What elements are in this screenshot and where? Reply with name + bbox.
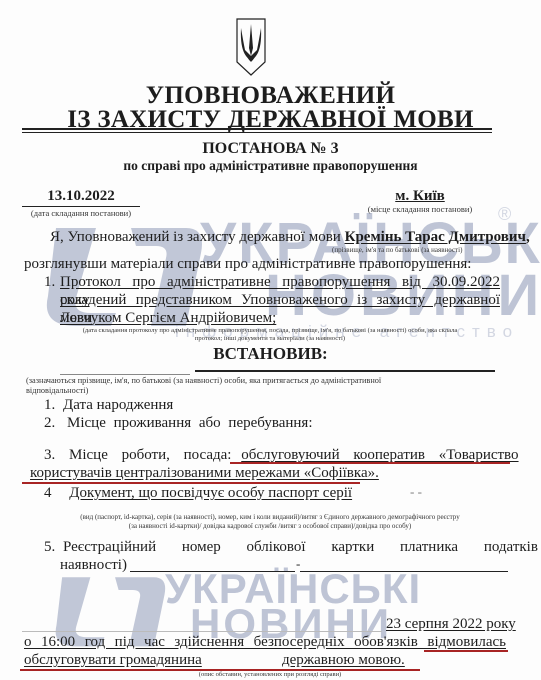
item-2: 2. Місце проживання або перебування: (44, 414, 313, 432)
established-heading: ВСТАНОВИВ: (0, 344, 541, 364)
document-caption-line1: (вид (паспорт, id-картка), серія (за ная… (30, 513, 510, 521)
person-name-line (195, 370, 495, 372)
materials-item-number: 1. (44, 273, 55, 291)
item-4: 4 Документ, що посвідчує особу паспорт с… (44, 484, 352, 502)
commissioner-name: Кремінь Тарас Дмитрович (345, 229, 526, 245)
item-5-text-line1: Реєстраційний номер облікової картки пла… (63, 539, 541, 555)
watermark-brand-line1-bottom: УКРАЇНСЬКІ (165, 565, 421, 613)
highlight-underline-item-3-a (230, 462, 510, 464)
decision-date: 13.10.2022 (22, 188, 140, 205)
item-1: 1. Дата народження (44, 396, 173, 414)
document-caption-line2: (за наявності id-картки)/ довідка кадров… (30, 522, 510, 530)
trident-coat-of-arms-icon (236, 18, 266, 76)
item-3-value-line1: обслуговуючий кооператив «Товариство (241, 447, 518, 463)
date-caption: (дата складання постанови) (22, 208, 140, 218)
item-2-number: 2. (44, 415, 55, 431)
item-5-number: 5. (44, 539, 55, 555)
intro-prefix: Я, Уповноважений із захисту державної мо… (50, 229, 341, 245)
highlight-underline-circ-a (424, 650, 508, 652)
item-3-label: Місце роботи, посада: (69, 447, 231, 463)
item-5-text-line2: наявності) (60, 556, 127, 574)
person-name-line-faint (60, 374, 190, 375)
header-divider-thin (22, 132, 492, 133)
person-caption-line2: відповідальності) (26, 386, 88, 395)
commissioner-name-caption: (прізвище, ім'я та по батькові (за наявн… (332, 246, 462, 254)
materials-caption-line2: протокол; інші документи та матеріали (з… (20, 335, 520, 342)
considered-line: розглянувши матеріали справи про адмініс… (24, 255, 471, 273)
circumstances-caption: (опис обставин, установлених при розгляд… (150, 671, 390, 678)
item-3-value-line2: користувачів централізованими мережами «… (30, 464, 379, 482)
circumstances-date-line (22, 631, 382, 632)
item-3-number: 3. (44, 447, 55, 463)
item-1-text: Дата народження (63, 397, 173, 413)
tax-number-field-b[interactable] (300, 571, 508, 572)
decision-place: м. Київ (320, 188, 520, 205)
materials-line3: Левчуком Сергієм Андрійовичем; (60, 309, 276, 327)
person-caption-line1: (зазначаються прізвище, ім'я, по батьков… (26, 376, 381, 385)
intro-comma: , (526, 229, 530, 245)
intro-line: Я, Уповноважений із захисту державної мо… (50, 228, 530, 246)
item-5-line1: 5. Реєстраційний номер облікової картки … (44, 538, 506, 556)
tax-number-field-a[interactable] (130, 571, 295, 572)
document-subtitle: по справі про адміністративне правопоруш… (0, 158, 541, 174)
materials-caption-line1: (дата складання протоколу про адміністра… (20, 327, 520, 334)
tax-number-separator: - (296, 556, 300, 572)
circumstances-date: 23 серпня 2022 року (386, 615, 516, 633)
item-2-text: Місце проживання або перебування: (67, 415, 313, 431)
item-4-dash: - - (410, 484, 422, 500)
document-title: ПОСТАНОВА № 3 (0, 140, 541, 158)
item-1-number: 1. (44, 397, 55, 413)
header-divider-thick (22, 128, 492, 130)
circumstances-line2: о 16:00 год під час здійснення безпосере… (24, 633, 506, 651)
date-underline (22, 206, 140, 207)
circumstances-line3b: державною мовою. (282, 651, 405, 669)
circumstances-line3a: обслуговувати громадянина (24, 651, 202, 669)
place-caption: (місце складання постанови) (320, 204, 520, 214)
item-4-text: Документ, що посвідчує особу паспорт сер… (69, 485, 352, 501)
item-4-number: 4 (44, 485, 52, 501)
